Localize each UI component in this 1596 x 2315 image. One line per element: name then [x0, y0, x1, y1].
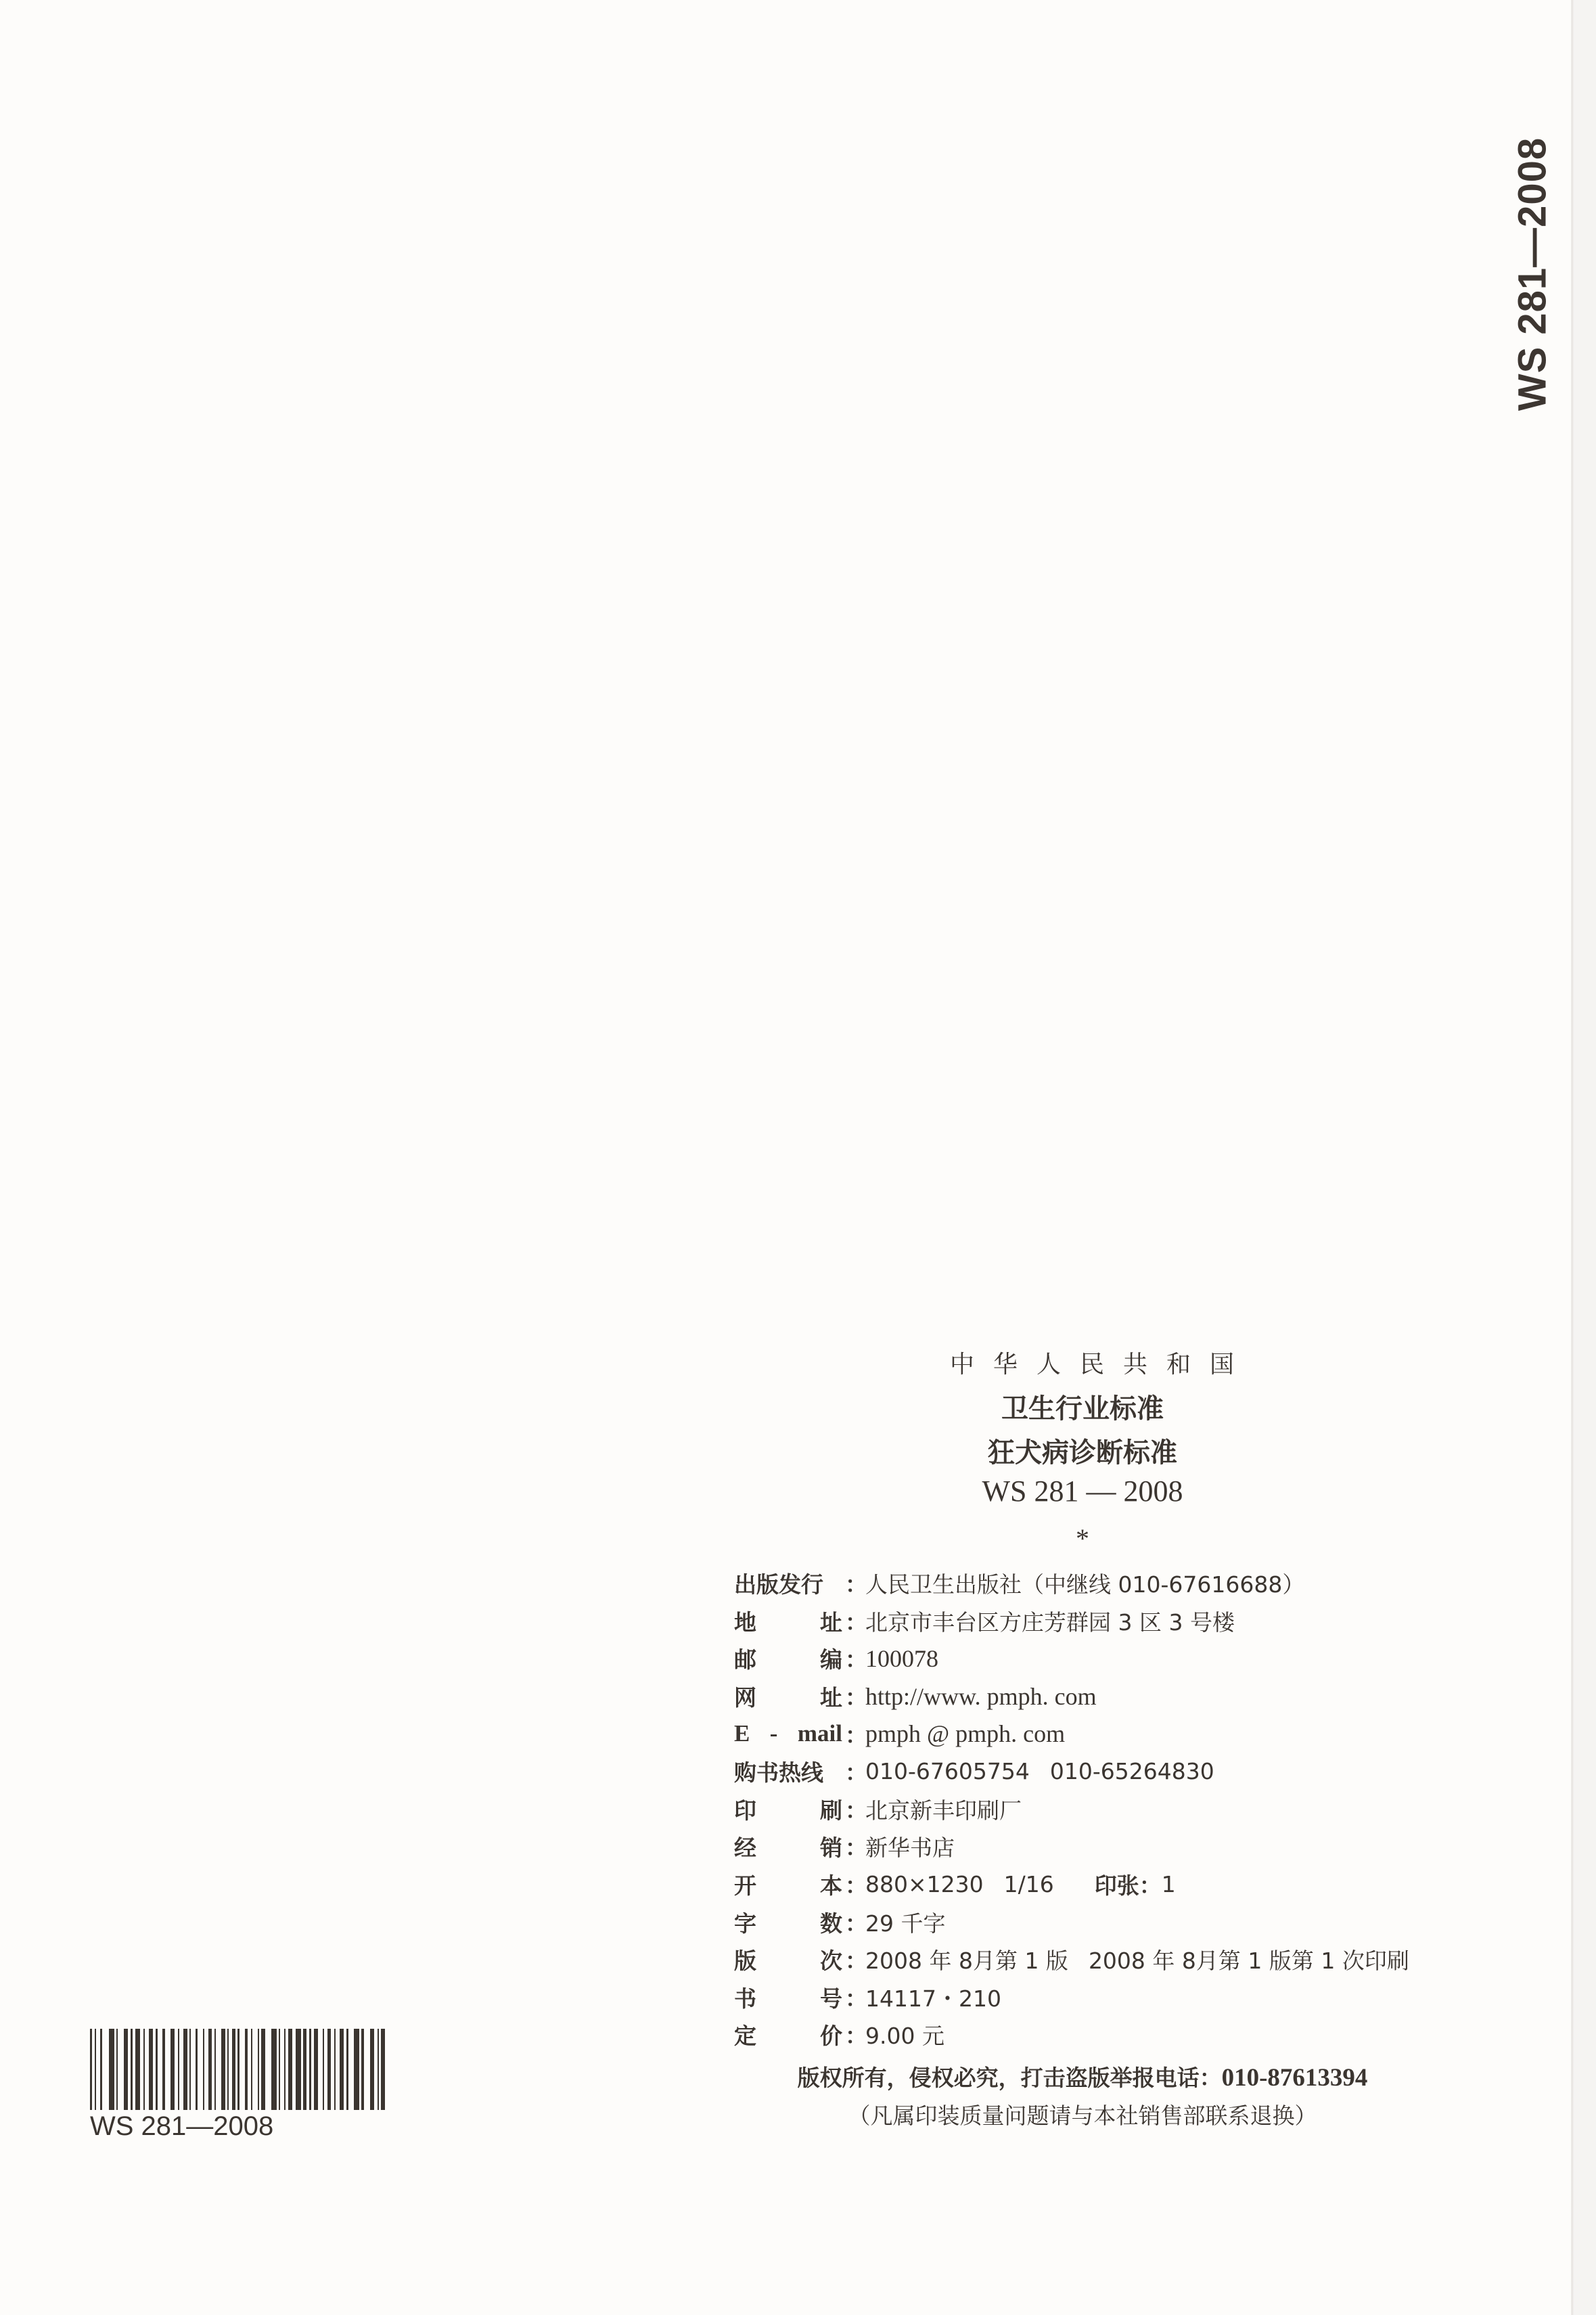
info-label: 字 数 — [734, 1906, 842, 1938]
info-row-printer: 印 刷 ： 北京新丰印刷厂 — [734, 1791, 1409, 1828]
info-row-website: 网 址 ： http://www. pmph. com — [734, 1678, 1409, 1715]
standard-code: WS 281 — 2008 — [812, 1474, 1353, 1508]
label-char: 地 — [734, 1605, 756, 1637]
label-char: 印 — [734, 1793, 756, 1825]
barcode-caption: WS 281—2008 — [90, 2111, 273, 2142]
barcode-space — [240, 2029, 245, 2110]
info-value: 北京市丰台区方庄芳群园 3 区 3 号楼 — [865, 1605, 1235, 1637]
label-char: 次 — [820, 1943, 842, 1975]
asterisk-separator: * — [812, 1523, 1353, 1554]
label-char: 价 — [820, 2019, 842, 2050]
barcode-space — [165, 2029, 170, 2110]
label-char: 号 — [820, 1981, 842, 2013]
barcode-space — [348, 2029, 354, 2110]
info-label: 购书热线 — [734, 1755, 842, 1787]
info-colon: ： — [842, 1755, 865, 1787]
barcode-icon — [90, 2029, 385, 2110]
label-char: 编 — [820, 1642, 842, 1674]
info-label: 出版发行 — [734, 1567, 842, 1599]
barcode-space — [102, 2029, 109, 2110]
label-char: 址 — [820, 1605, 842, 1637]
info-value-secondary: 2008 年 8月第 1 版第 1 次印刷 — [1089, 1943, 1409, 1975]
piracy-report-phone: 010-87613394 — [1222, 2064, 1368, 2092]
label-char: 字 — [734, 1906, 756, 1938]
barcode-space — [158, 2029, 162, 2110]
spine-edge — [1574, 0, 1596, 2315]
info-value: 2008 年 8月第 1 版 — [865, 1943, 1068, 1975]
barcode-bar — [354, 2029, 359, 2110]
info-value: 北京新丰印刷厂 — [865, 1793, 1022, 1825]
info-label: 书 号 — [734, 1981, 842, 2013]
country-heading: 中华人民共和国 — [812, 1345, 1372, 1380]
label-char: 本 — [820, 1868, 842, 1900]
info-row-edition: 版 次 ： 2008 年 8月第 1 版 2008 年 8月第 1 版第 1 次… — [734, 1941, 1409, 1979]
barcode-space — [318, 2029, 323, 2110]
info-colon: ： — [842, 2019, 865, 2050]
sheets-label: 印张： — [1095, 1868, 1162, 1900]
barcode-bar — [135, 2029, 140, 2110]
info-colon: ： — [842, 1830, 865, 1862]
label-char: mail — [798, 1720, 842, 1747]
info-value: 100078 — [865, 1644, 938, 1673]
publication-info: 出版发行 ： 人民卫生出版社（中继线 010-67616688） 地 址 ： 北… — [734, 1565, 1409, 2054]
copyright-text: 版权所有，侵权必究，打击盗版举报电话： — [798, 2065, 1222, 2091]
info-row-word-count: 字 数 ： 29 千字 — [734, 1903, 1409, 1941]
info-row-format: 开 本 ： 880×1230 1/16 印张： 1 — [734, 1866, 1409, 1904]
info-colon: ： — [842, 1718, 865, 1750]
barcode-bar — [109, 2029, 114, 2110]
label-char: 经 — [734, 1830, 756, 1862]
info-colon: ： — [842, 1567, 865, 1599]
info-row-price: 定 价 ： 9.00 元 — [734, 2016, 1409, 2054]
label-char: 数 — [820, 1906, 842, 1938]
label-char: 书 — [734, 1981, 756, 2013]
info-label: 经 销 — [734, 1830, 842, 1862]
barcode-space — [265, 2029, 271, 2110]
info-value: 新华书店 — [865, 1830, 955, 1862]
barcode-space — [364, 2029, 370, 2110]
info-value: 9.00 元 — [865, 2019, 944, 2050]
label-char: 销 — [820, 1830, 842, 1862]
info-value: 14117・210 — [865, 1981, 1001, 2013]
info-row-distributor: 经 销 ： 新华书店 — [734, 1828, 1409, 1866]
info-label: E - mail — [734, 1720, 842, 1747]
barcode-space — [198, 2029, 203, 2110]
info-label: 印 刷 — [734, 1793, 842, 1825]
email-link[interactable]: pmph @ pmph. com — [865, 1720, 1065, 1748]
barcode-space — [252, 2029, 258, 2110]
info-colon: ： — [842, 1605, 865, 1637]
barcode-space — [216, 2029, 221, 2110]
info-label: 邮 编 — [734, 1642, 842, 1674]
info-value: 880×1230 — [865, 1871, 984, 1897]
label-char: 址 — [820, 1680, 842, 1712]
info-value: 010-67605754 — [865, 1758, 1030, 1784]
spine-standard-code: WS 281—2008 — [1510, 137, 1555, 411]
barcode-bar — [381, 2029, 385, 2110]
return-policy-notice: （凡属印装质量问题请与本社销售部联系退换） — [751, 2098, 1414, 2130]
copyright-notice: 版权所有，侵权必究，打击盗版举报电话：010-87613394 — [751, 2061, 1414, 2092]
info-row-postcode: 邮 编 ： 100078 — [734, 1640, 1409, 1678]
info-label: 开 本 — [734, 1868, 842, 1900]
info-row-hotline: 购书热线 ： 010-67605754 010-65264830 — [734, 1753, 1409, 1791]
info-label: 地 址 — [734, 1605, 842, 1637]
barcode-bar — [296, 2029, 301, 2110]
website-link[interactable]: http://www. pmph. com — [865, 1682, 1097, 1711]
label-char: E — [734, 1720, 750, 1747]
info-value-secondary: 1/16 — [1004, 1871, 1054, 1897]
sheets-value: 1 — [1162, 1871, 1176, 1897]
info-colon: ： — [842, 1906, 865, 1938]
label-char: 邮 — [734, 1642, 756, 1674]
label-char: 开 — [734, 1868, 756, 1900]
info-label: 定 价 — [734, 2019, 842, 2050]
label-char: 网 — [734, 1680, 756, 1712]
info-value: 29 千字 — [865, 1906, 945, 1938]
label-char: 定 — [734, 2019, 756, 2050]
barcode-bar — [271, 2029, 277, 2110]
info-colon: ： — [842, 1981, 865, 2013]
info-colon: ： — [842, 1793, 865, 1825]
standard-title: 狂犬病诊断标准 — [812, 1431, 1353, 1470]
info-label: 版 次 — [734, 1943, 842, 1975]
barcode-space — [191, 2029, 196, 2110]
label-char: 版 — [734, 1943, 756, 1975]
info-colon: ： — [842, 1680, 865, 1712]
barcode-space — [118, 2029, 124, 2110]
info-value-secondary: 010-65264830 — [1050, 1758, 1214, 1784]
back-cover-page: WS 281—2008 中华人民共和国 卫生行业标准 狂犬病诊断标准 WS 28… — [0, 0, 1596, 2315]
info-value: 人民卫生出版社（中继线 010-67616688） — [865, 1567, 1304, 1599]
label-char: - — [770, 1720, 778, 1747]
info-row-publisher: 出版发行 ： 人民卫生出版社（中继线 010-67616688） — [734, 1565, 1409, 1602]
info-label: 网 址 — [734, 1680, 842, 1712]
standard-category: 卫生行业标准 — [812, 1387, 1353, 1426]
label-char: 刷 — [820, 1793, 842, 1825]
info-colon: ： — [842, 1868, 865, 1900]
info-colon: ： — [842, 1943, 865, 1975]
info-colon: ： — [842, 1642, 865, 1674]
info-row-email: E - mail ： pmph @ pmph. com — [734, 1715, 1409, 1753]
info-row-book-number: 书 号 ： 14117・210 — [734, 1979, 1409, 2017]
info-row-address: 地 址 ： 北京市丰台区方庄芳群园 3 区 3 号楼 — [734, 1602, 1409, 1640]
